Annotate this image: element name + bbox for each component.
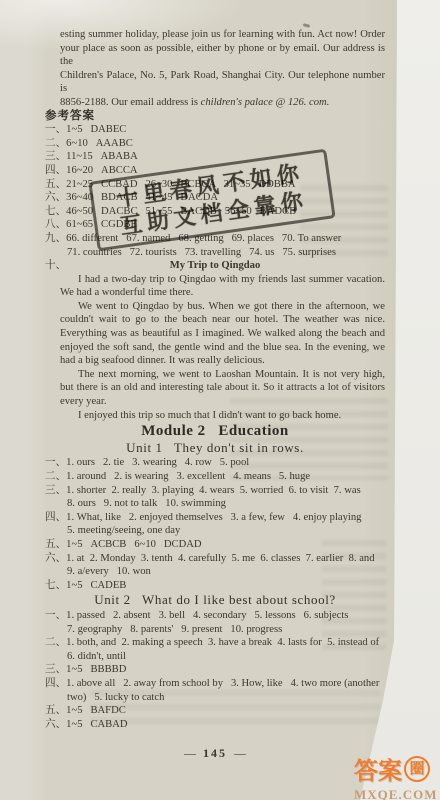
footer-dash-left: — <box>184 746 196 760</box>
watermark-brand: 答案圈 <box>354 751 440 786</box>
answer-row: 一、1. passed 2. absent 3. bell 4. seconda… <box>45 609 385 623</box>
answer-row: 三、11~15 ABABA <box>45 150 385 164</box>
passage-line: 8856-2188. Our email address is children… <box>60 96 385 110</box>
answer-site-watermark: 答案圈 MXQE.COM <box>354 751 440 800</box>
answer-row: 四、1. What, like 2. enjoyed themselves 3.… <box>45 511 385 525</box>
answer-row: 三、1~5 BBBBD <box>45 663 385 677</box>
answer-row-continuation: 5. meeting/seeing, one day <box>67 524 385 538</box>
essay-item-label: 十、 <box>45 259 66 273</box>
answer-row: 二、1. around 2. is wearing 3. excellent 4… <box>45 470 385 484</box>
answer-row: 七、1~5 CADEB <box>45 579 385 593</box>
answer-row: 一、1~5 DABEC <box>45 123 385 137</box>
essay-title-line: 十、My Trip to Qingdao <box>45 259 385 273</box>
essay-paragraph: We went to Qingdao by bus. When we got t… <box>60 300 385 368</box>
watermark-site-url: MXQE.COM <box>354 787 440 800</box>
answer-row-continuation: 8. ours 9. not to talk 10. swimming <box>67 497 385 511</box>
page-number: 145 <box>203 746 227 760</box>
essay-paragraph: I enjoyed this trip so much that I didn'… <box>60 409 385 423</box>
unit-heading: Unit 1 They don't sit in rows. <box>45 441 385 455</box>
unit-heading: Unit 2 What do I like best about school? <box>45 593 385 607</box>
answer-row: 二、6~10 AAABC <box>45 137 385 151</box>
answer-row: 五、1~5 BAFDC <box>45 704 385 718</box>
answer-row: 四、1. above all 2. away from school by 3.… <box>45 677 385 691</box>
module-heading: Module 2 Education <box>45 425 385 439</box>
text-span: 8856-2188. Our email address is <box>60 97 201 108</box>
watermark-brand-text: 答案 <box>354 751 402 786</box>
answer-row: 二、1. both, and 2. making a speech 3. hav… <box>45 636 385 650</box>
answer-row: 六、1~5 CABAD <box>45 718 385 732</box>
answer-row-continuation: 6. didn't, until <box>67 650 385 664</box>
scanned-book-page: esting summer holiday, please join us fo… <box>0 0 397 800</box>
answer-row-continuation: 9. a/every 10. won <box>67 565 385 579</box>
passage-line: esting summer holiday, please join us fo… <box>60 28 385 42</box>
passage-line: Children's Palace, No. 5, Park Road, Sha… <box>60 69 385 96</box>
essay-paragraph: The next morning, we went to Laoshan Mou… <box>60 368 385 409</box>
page-number-footer: —145— <box>45 746 385 761</box>
footer-dash-right: — <box>234 746 246 760</box>
text-span: children's palace @ 126. com. <box>201 97 330 108</box>
screenshot-root: { "content": { "lines": [ {"name":"passa… <box>0 0 440 800</box>
answers-heading: 参考答案 <box>45 110 385 124</box>
watermark-circle-char: 圈 <box>404 756 430 782</box>
passage-line: your place as soon as possible, either b… <box>60 42 385 69</box>
answer-row-continuation: 7. geography 8. parents' 9. present 10. … <box>67 623 385 637</box>
answer-row: 六、1. at 2. Monday 3. tenth 4. carefully … <box>45 552 385 566</box>
essay-paragraph: I had a two-day trip to Qingdao with my … <box>60 273 385 300</box>
essay-title: My Trip to Qingdao <box>170 260 261 271</box>
answer-row: 一、1. ours 2. tie 3. wearing 4. row 5. po… <box>45 456 385 470</box>
answer-row: 五、1~5 ACBCB 6~10 DCDAD <box>45 538 385 552</box>
page-content: esting summer holiday, please join us fo… <box>45 28 385 731</box>
answer-row-continuation: two) 5. lucky to catch <box>67 691 385 705</box>
answer-row: 三、1. shorter 2. really 3. playing 4. wea… <box>45 484 385 498</box>
